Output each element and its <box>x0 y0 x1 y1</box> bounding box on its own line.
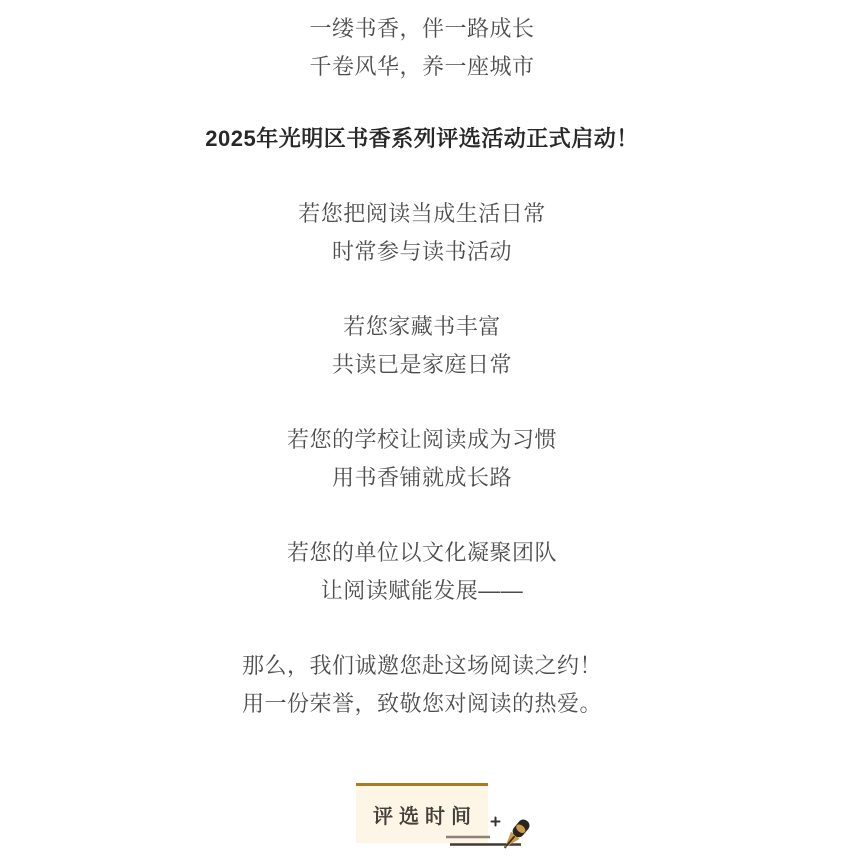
article-page: 一缕书香，伴一路成长 千卷风华，养一座城市 2025年光明区书香系列评选活动正式… <box>0 0 844 859</box>
paragraph-family: 若您家藏书丰富 共读已是家庭日常 <box>0 308 844 384</box>
paragraph-line: 若您家藏书丰富 <box>0 308 844 346</box>
paragraph-line: 那么，我们诚邀您赴这场阅读之约！ <box>0 647 844 685</box>
paragraph-line: 若您把阅读当成生活日常 <box>0 195 844 233</box>
pen-glyph <box>500 817 532 852</box>
paragraph-line: 若您的学校让阅读成为习惯 <box>0 421 844 459</box>
paragraph-invitation: 那么，我们诚邀您赴这场阅读之约！ 用一份荣誉，致敬您对阅读的热爱。 <box>0 647 844 723</box>
paragraph-line: 时常参与读书活动 <box>0 233 844 271</box>
section-badge: 评选时间 <box>356 783 488 843</box>
intro-line: 千卷风华，养一座城市 <box>0 48 844 86</box>
section-badge-area: 评选时间 <box>356 783 488 843</box>
intro-line: 一缕书香，伴一路成长 <box>0 10 844 48</box>
intro-verse: 一缕书香，伴一路成长 千卷风华，养一座城市 <box>0 0 844 86</box>
paragraph-reader: 若您把阅读当成生活日常 时常参与读书活动 <box>0 195 844 271</box>
paragraph-line: 让阅读赋能发展—— <box>0 572 844 610</box>
section-badge-label: 评选时间 <box>367 800 477 829</box>
paragraph-line: 共读已是家庭日常 <box>0 346 844 384</box>
paragraph-line: 若您的单位以文化凝聚团队 <box>0 534 844 572</box>
plus-icon <box>492 818 500 826</box>
paragraph-line: 用书香铺就成长路 <box>0 459 844 497</box>
article-content: 一缕书香，伴一路成长 千卷风华，养一座城市 2025年光明区书香系列评选活动正式… <box>0 0 844 843</box>
page-title: 2025年光明区书香系列评选活动正式启动！ <box>0 120 844 158</box>
paragraph-line: 用一份荣誉，致敬您对阅读的热爱。 <box>0 685 844 723</box>
paragraph-organization: 若您的单位以文化凝聚团队 让阅读赋能发展—— <box>0 534 844 610</box>
paragraph-school: 若您的学校让阅读成为习惯 用书香铺就成长路 <box>0 421 844 497</box>
